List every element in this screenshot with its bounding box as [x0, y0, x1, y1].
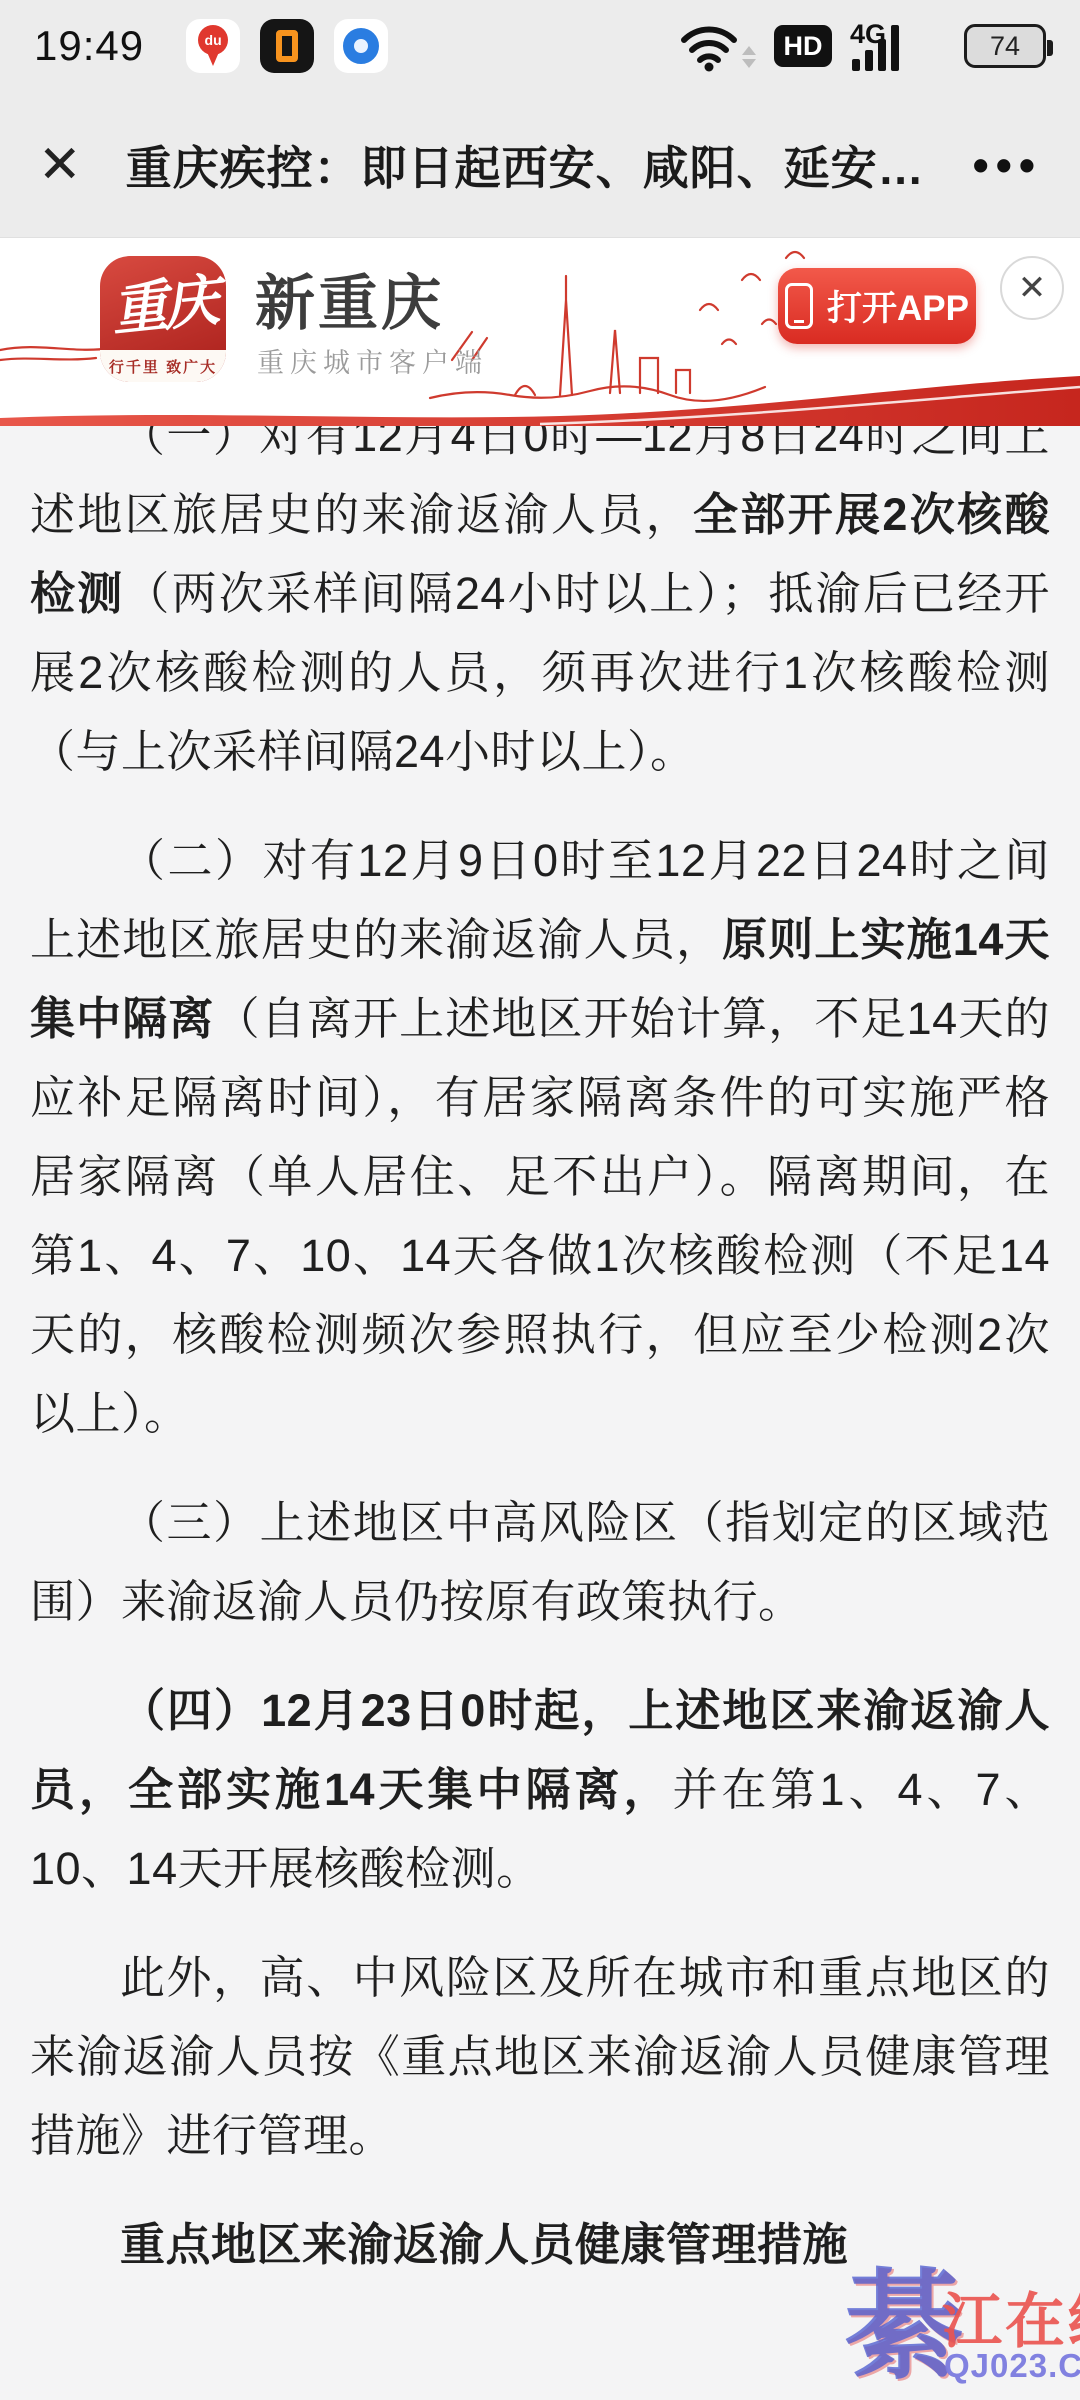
notification-icons: du: [186, 19, 388, 73]
battery-percent: 74: [990, 31, 1020, 62]
cellular-signal-icon: 4G: [850, 19, 946, 73]
article-section-heading: 重点地区来渝返渝人员健康管理措施: [30, 2205, 1050, 2284]
wifi-activity-arrows: [742, 46, 756, 72]
open-app-label: 打开APP: [827, 281, 969, 331]
page-title: 重庆疾控：即日起西安、咸阳、延安…: [126, 132, 925, 198]
phone-icon: [785, 283, 813, 329]
open-app-button[interactable]: 打开APP: [778, 268, 976, 344]
red-wave-decoration: [0, 374, 1080, 426]
hd-badge-icon: HD: [774, 25, 832, 67]
app-name: 新重庆: [255, 256, 444, 342]
app-download-banner: 重庆 行千里 致广大 新重庆 重庆城市客户端 打开APP ✕: [0, 238, 1080, 426]
status-right-cluster: HD 4G 74: [679, 19, 1046, 73]
blue-ring-browser-icon: [334, 19, 388, 73]
article-paragraph: （二）对有12月9日0时至12月22日24时之间上述地区旅居史的来渝返渝人员，原…: [30, 821, 1050, 1453]
orange-frame-app-icon: [260, 19, 314, 73]
orange-frame-glyph: [276, 30, 298, 62]
article-paragraph: （四）12月23日0时起，上述地区来渝返渝人员，全部实施14天集中隔离，并在第1…: [30, 1671, 1050, 1908]
battery-icon: 74: [964, 24, 1046, 68]
article-body: （一）对有12月4日0时—12月8日24时之间上述地区旅居史的来渝返渝人员，全部…: [0, 396, 1080, 2400]
status-bar: 19:49 du HD 4G: [0, 0, 1080, 92]
chongqing-app-logo: 重庆 行千里 致广大: [100, 256, 226, 382]
close-icon[interactable]: ✕: [38, 139, 82, 191]
baidu-map-pin-icon: du: [186, 19, 240, 73]
banner-close-icon[interactable]: ✕: [1000, 256, 1064, 320]
logo-characters: 重庆: [100, 256, 226, 348]
wifi-arcs: [679, 20, 739, 72]
map-pin-tail: [207, 52, 219, 66]
article-paragraph: （三）上述地区中高风险区（指划定的区域范围）来渝返渝人员仍按原有政策执行。: [30, 1483, 1050, 1641]
more-menu-icon[interactable]: •••: [973, 142, 1042, 188]
map-pin-glyph: du: [198, 25, 228, 55]
blue-ring-glyph: [343, 28, 379, 64]
article-paragraph: 此外，高、中风险区及所在城市和重点地区的来渝返渝人员按《重点地区来渝返渝人员健康…: [30, 1938, 1050, 2175]
nav-bar: ✕ 重庆疾控：即日起西安、咸阳、延安… •••: [0, 92, 1080, 238]
signal-bars: [852, 25, 899, 71]
wifi-icon: [679, 20, 756, 72]
article-paragraph: （一）对有12月4日0时—12月8日24时之间上述地区旅居史的来渝返渝人员，全部…: [30, 396, 1050, 791]
status-time: 19:49: [34, 22, 144, 70]
